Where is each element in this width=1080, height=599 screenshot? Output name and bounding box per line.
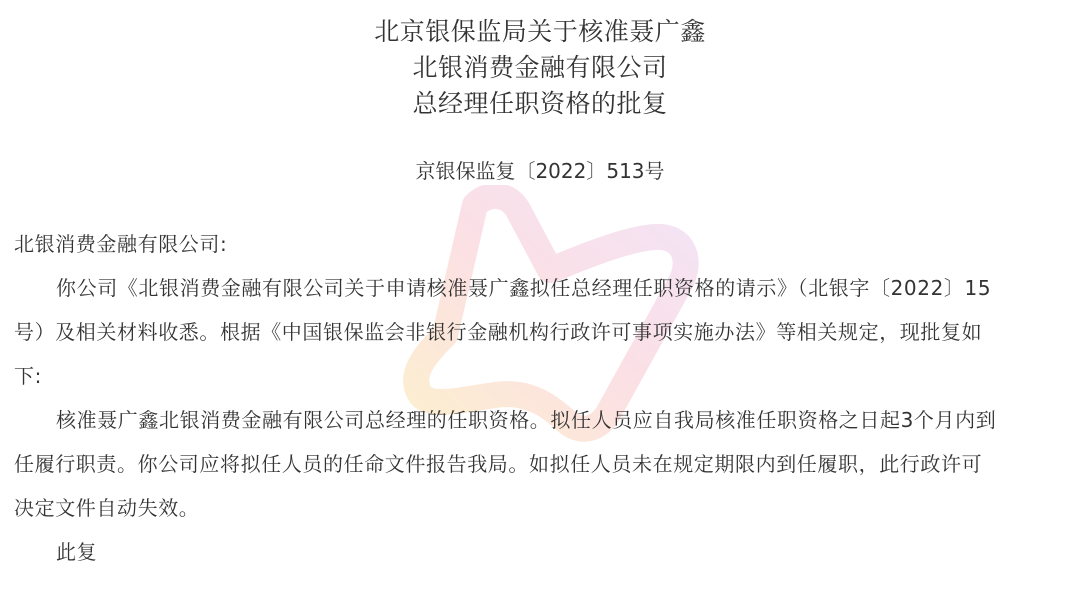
- document-number: 京银保监复〔2022〕513号: [0, 155, 1080, 187]
- document-title: 北京银保监局关于核准聂广鑫 北银消费金融有限公司 总经理任职资格的批复: [0, 14, 1080, 122]
- paragraph-2-line-1: 核准聂广鑫北银消费金融有限公司总经理的任职资格。拟任人员应自我局核准任职资格之日…: [56, 404, 996, 436]
- paragraph-2-line-2: 任履行职责。你公司应将拟任人员的任命文件报告我局。如拟任人员未在规定期限内到任履…: [14, 448, 982, 480]
- title-line-2: 北银消费金融有限公司: [0, 50, 1080, 86]
- closing: 此复: [56, 536, 97, 568]
- paragraph-1-line-1: 你公司《北银消费金融有限公司关于申请核准聂广鑫拟任总经理任职资格的请示》（北银字…: [56, 272, 991, 304]
- addressee: 北银消费金融有限公司:: [14, 228, 227, 260]
- paragraph-2-line-3: 决定文件自动失效。: [14, 492, 199, 524]
- paragraph-1-line-3: 下:: [14, 360, 42, 392]
- title-line-1: 北京银保监局关于核准聂广鑫: [0, 14, 1080, 50]
- paragraph-1-line-2: 号）及相关材料收悉。根据《中国银保监会非银行金融机构行政许可事项实施办法》等相关…: [14, 316, 982, 348]
- title-line-3: 总经理任职资格的批复: [0, 86, 1080, 122]
